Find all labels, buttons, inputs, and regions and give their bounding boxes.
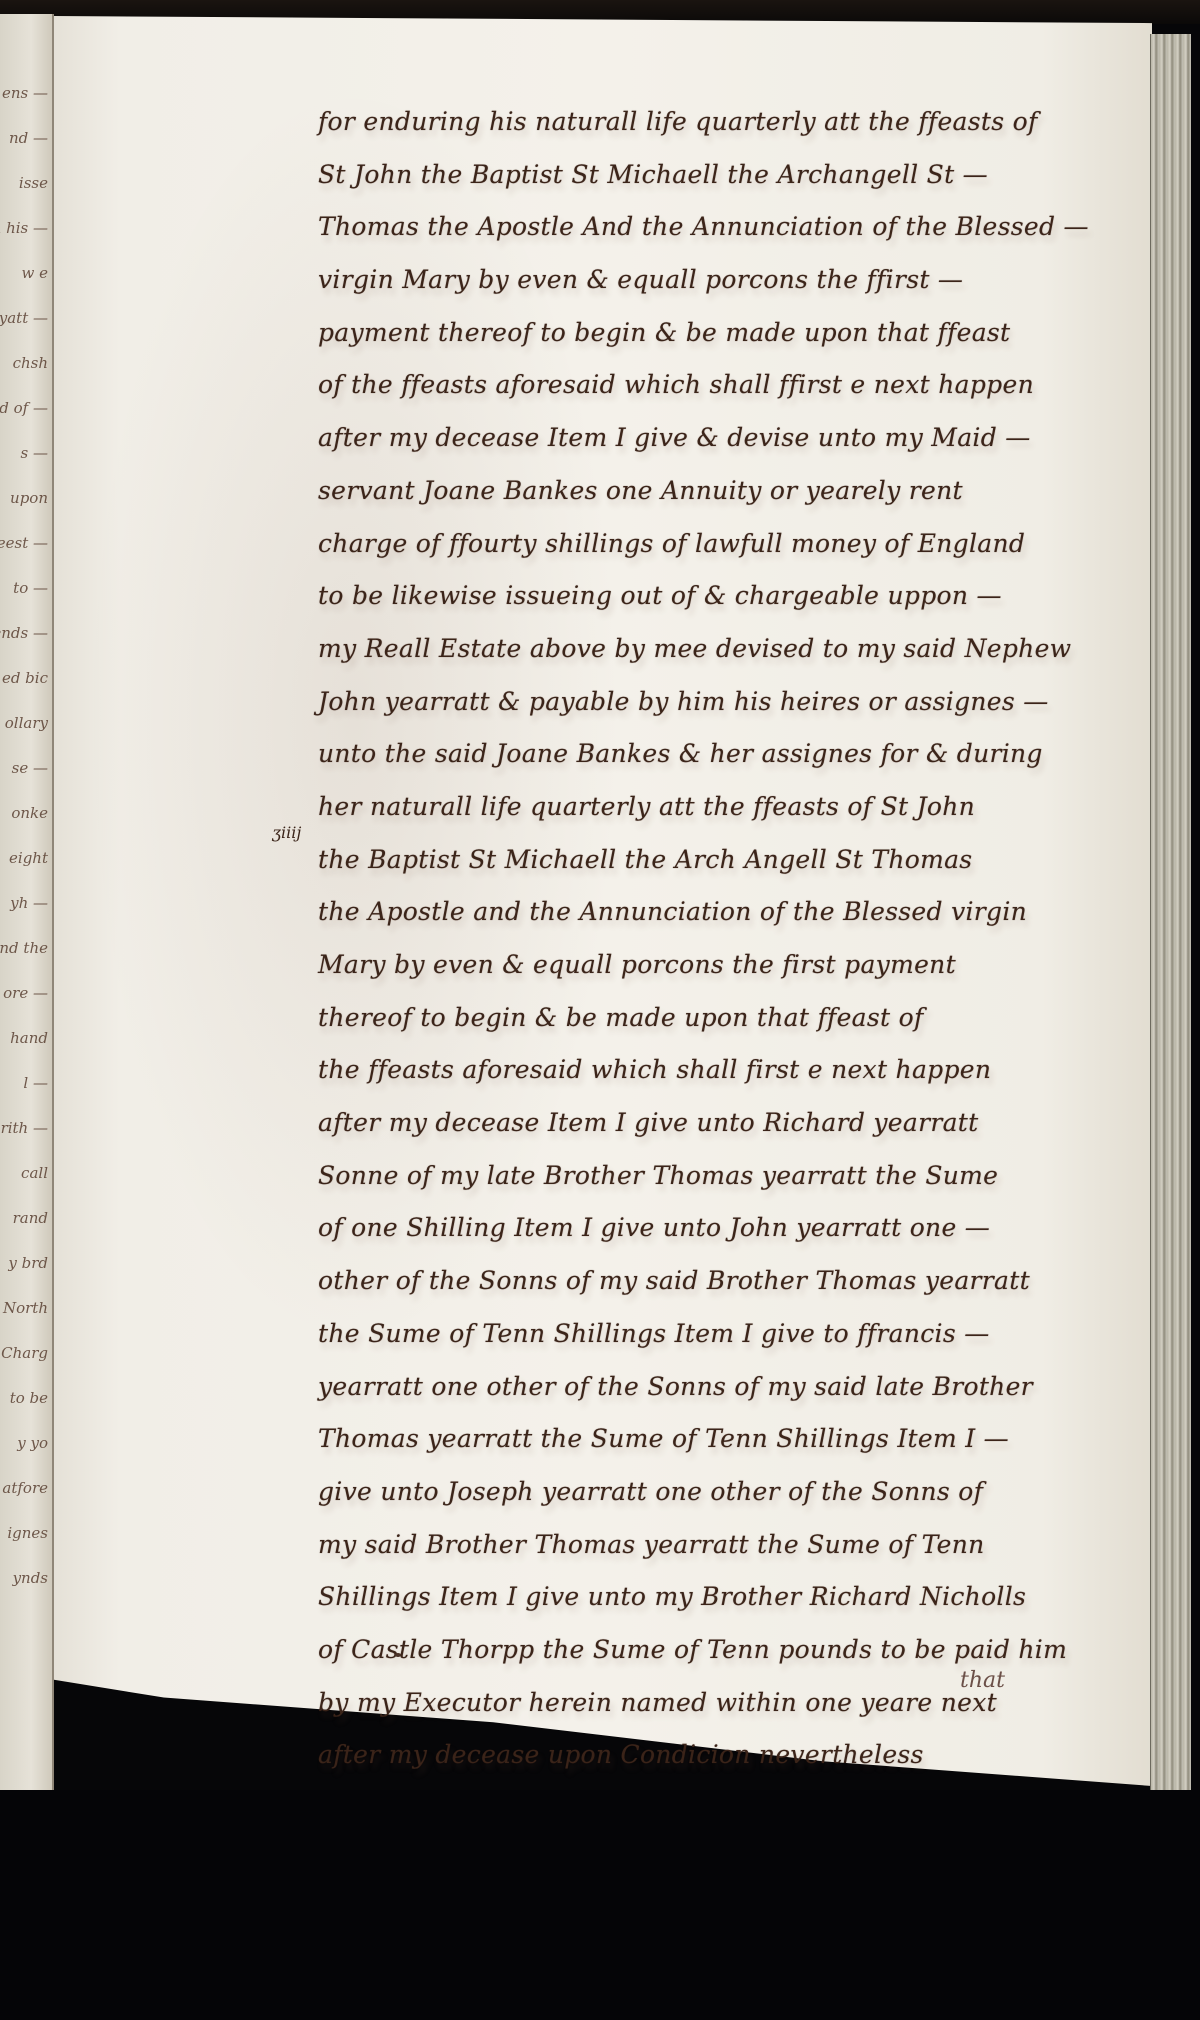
left-page-fragment: ens —nd —issen his —w eyatt —chshd of —s…	[0, 14, 54, 1804]
left-page-text-fragment: upon	[10, 489, 48, 507]
manuscript-line: her naturall life quarterly att the ffea…	[318, 781, 1148, 834]
manuscript-line: by my Executor herein named within one y…	[318, 1677, 1148, 1730]
manuscript-line: my said Brother Thomas yearratt the Sume…	[318, 1519, 1148, 1572]
manuscript-line: the Apostle and the Annunciation of the …	[318, 886, 1148, 939]
left-page-text-fragment: hand	[10, 1029, 48, 1047]
manuscript-line: servant Joane Bankes one Annuity or year…	[318, 465, 1148, 518]
manuscript-line: Shillings Item I give unto my Brother Ri…	[318, 1571, 1148, 1624]
manuscript-line: after my decease Item I give unto Richar…	[318, 1097, 1148, 1150]
left-page-text-fragment: eight	[9, 849, 48, 867]
manuscript-line: payment thereof to begin & be made upon …	[318, 307, 1148, 360]
manuscript-line: after my decease upon Condicion neverthe…	[318, 1729, 1148, 1782]
left-page-text-fragment: ore —	[3, 984, 48, 1002]
manuscript-line: the ffeasts aforesaid which shall first …	[318, 1044, 1148, 1097]
manuscript-line: Thomas yearratt the Sume of Tenn Shillin…	[318, 1413, 1148, 1466]
manuscript-line: thereof to begin & be made upon that ffe…	[318, 992, 1148, 1045]
left-page-text-fragment: l —	[23, 1074, 48, 1092]
left-page-text-fragment: ed bic	[2, 669, 48, 687]
manuscript-line: for enduring his naturall life quarterly…	[318, 96, 1148, 149]
left-page-text-fragment: to —	[13, 579, 48, 597]
manuscript-line: Thomas the Apostle And the Annunciation …	[318, 201, 1148, 254]
left-page-text-fragment: North	[3, 1299, 48, 1317]
dark-background	[0, 1790, 1200, 2020]
ink-blot	[395, 1653, 401, 1657]
manuscript-line: the Baptist St Michaell the Arch Angell …	[318, 834, 1148, 887]
manuscript-line: to be likewise issueing out of & chargea…	[318, 570, 1148, 623]
left-page-text-fragment: se —	[12, 759, 48, 777]
manuscript-line: St John the Baptist St Michaell the Arch…	[318, 149, 1148, 202]
catchword: that	[960, 1668, 1005, 1693]
left-page-text-fragment: yatt —	[0, 309, 48, 327]
left-page-text-fragment: d of —	[0, 399, 48, 417]
left-page-text-fragment: rith —	[1, 1119, 48, 1137]
manuscript-line: give unto Joseph yearratt one other of t…	[318, 1466, 1148, 1519]
left-page-text-fragment: yh —	[10, 894, 48, 912]
left-page-text-fragment: n his —	[0, 219, 48, 237]
left-page-text-fragment: nd —	[9, 129, 48, 147]
left-page-text-fragment: s —	[21, 444, 48, 462]
manuscript-line: charge of ffourty shillings of lawfull m…	[318, 518, 1148, 571]
left-page-text-fragment: ends —	[0, 624, 48, 642]
left-page-text-fragment: t Charg	[0, 1344, 48, 1362]
manuscript-line: the Sume of Tenn Shillings Item I give t…	[318, 1308, 1148, 1361]
left-page-text-fragment: chsh	[13, 354, 48, 372]
manuscript-line: my Reall Estate above by mee devised to …	[318, 623, 1148, 676]
manuscript-line: yearratt one other of the Sonns of my sa…	[318, 1361, 1148, 1414]
left-page-text-fragment: eest —	[0, 534, 48, 552]
will-text-body: for enduring his naturall life quarterly…	[318, 96, 1148, 1782]
left-page-text-fragment: rand	[13, 1209, 48, 1227]
manuscript-line: other of the Sonns of my said Brother Th…	[318, 1255, 1148, 1308]
manuscript-line: virgin Mary by even & equall porcons the…	[318, 254, 1148, 307]
left-page-text-fragment: onke	[11, 804, 48, 822]
left-page-text-fragment: call	[21, 1164, 48, 1182]
left-page-text-fragment: nd the	[0, 939, 48, 957]
page-stack-edge	[1150, 34, 1191, 1794]
manuscript-line: of Castle Thorpp the Sume of Tenn pounds…	[318, 1624, 1148, 1677]
manuscript-line: Sonne of my late Brother Thomas yearratt…	[318, 1150, 1148, 1203]
manuscript-line: unto the said Joane Bankes & her assigne…	[318, 728, 1148, 781]
left-page-text-fragment: isse	[19, 174, 48, 192]
left-page-text-fragment: y yo	[17, 1434, 48, 1452]
left-page-text-fragment: to be	[10, 1389, 48, 1407]
margin-annotation: ʒiiij	[272, 823, 301, 842]
left-page-text-fragment: ens —	[2, 84, 48, 102]
manuscript-line: Mary by even & equall porcons the first …	[318, 939, 1148, 992]
left-page-text-fragment: ynds	[13, 1569, 48, 1587]
left-page-text-fragment: ollary	[5, 714, 48, 732]
left-page-text-fragment: w e	[22, 264, 48, 282]
left-page-text-fragment: ignes	[7, 1524, 48, 1542]
manuscript-line: after my decease Item I give & devise un…	[318, 412, 1148, 465]
left-page-text-fragment: y brd	[8, 1254, 48, 1272]
left-page-text-fragment: atfore	[2, 1479, 48, 1497]
manuscript-line: of the ffeasts aforesaid which shall ffi…	[318, 359, 1148, 412]
manuscript-line: of one Shilling Item I give unto John ye…	[318, 1202, 1148, 1255]
manuscript-line: John yearratt & payable by him his heire…	[318, 676, 1148, 729]
